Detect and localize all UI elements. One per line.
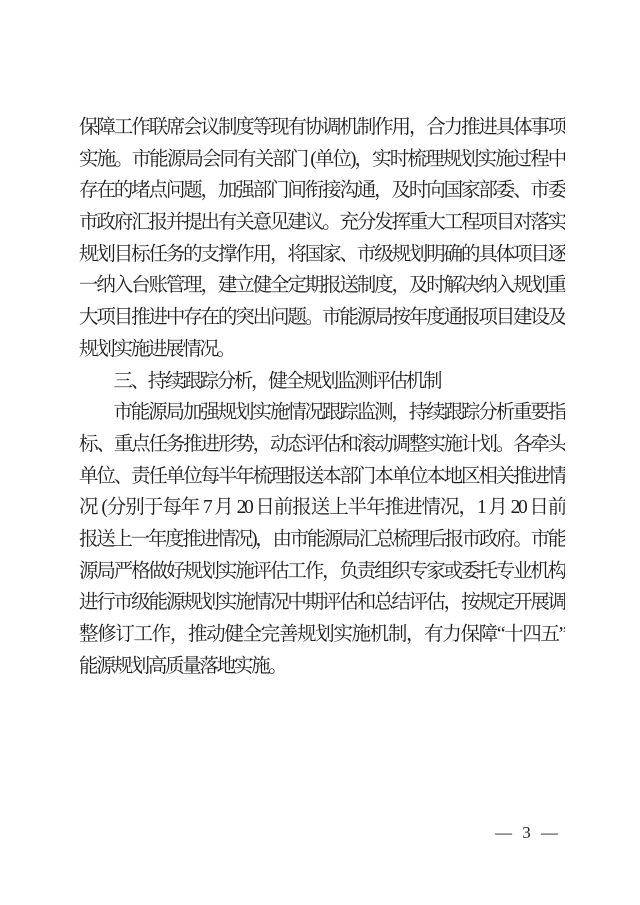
text-line: 大项目推进中存在的突出问题。市能源局按年度通报项目建设及	[79, 302, 565, 334]
text-line: 能源规划高质量落地实施。	[79, 651, 565, 683]
text-line: 源局严格做好规划实施评估工作，负责组织专家或委托专业机构	[79, 556, 565, 588]
text-line: 市政府汇报并提出有关意见建议。充分发挥重大工程项目对落实	[79, 207, 565, 239]
document-body: 保障工作联席会议制度等现有协调机制作用，合力推进具体事项 实施。市能源局会同有关…	[79, 112, 565, 682]
text-line: 报送上一年度推进情况)，由市能源局汇总梳理后报市政府。市能	[79, 524, 565, 556]
text-line: 单位、责任单位每半年梳理报送本部门本单位本地区相关推进情	[79, 461, 565, 493]
text-line: 存在的堵点问题，加强部门间衔接沟通，及时向国家部委、市委	[79, 175, 565, 207]
text-line: 整修订工作，推动健全完善规划实施机制，有力保障“十四五”	[79, 619, 565, 651]
text-line: 实施。市能源局会同有关部门 (单位)，实时梳理规划实施过程中	[79, 144, 565, 176]
section-heading: 三、持续跟踪分析，健全规划监测评估机制	[79, 366, 565, 398]
text-line: 保障工作联席会议制度等现有协调机制作用，合力推进具体事项	[79, 112, 565, 144]
text-line: 规划实施进展情况。	[79, 334, 565, 366]
text-line: 标、重点任务推进形势，动态评估和滚动调整实施计划。各牵头	[79, 429, 565, 461]
text-line: 规划目标任务的支撑作用，将国家、市级规划明确的具体项目逐	[79, 239, 565, 271]
text-line: 一纳入台账管理，建立健全定期报送制度，及时解决纳入规划重	[79, 270, 565, 302]
text-line: 市能源局加强规划实施情况跟踪监测，持续跟踪分析重要指	[79, 397, 565, 429]
text-line: 进行市级能源规划实施情况中期评估和总结评估，按规定开展调	[79, 587, 565, 619]
text-line: 况 (分别于每年 7 月 20 日前报送上半年推进情况，1 月 20 日前	[79, 492, 565, 524]
document-page: 保障工作联席会议制度等现有协调机制作用，合力推进具体事项 实施。市能源局会同有关…	[0, 0, 640, 905]
page-number: — 3 —	[79, 822, 565, 844]
